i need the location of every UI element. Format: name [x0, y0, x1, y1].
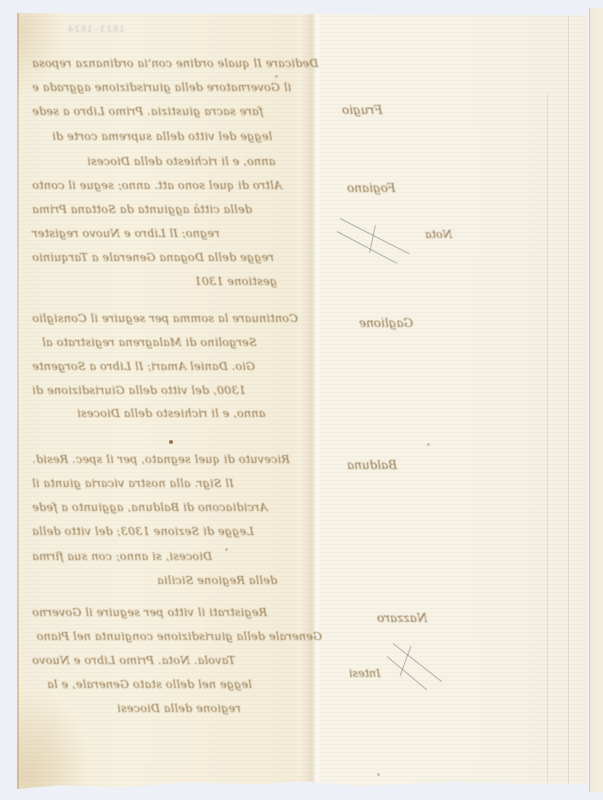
margin-label-fogiano: Fogiano — [347, 181, 396, 195]
foxing-spot — [169, 440, 173, 444]
entry-5-line-3: Tavola. Nota. Primo Libro e Nuovo — [32, 654, 322, 667]
entry-3-line-2: Sergolino di Malagrena registrato al — [42, 336, 322, 349]
entry-1-line-3: fare sacra giustizia. Primo Libro a sede — [32, 105, 322, 118]
entry-2-line-1: Altro di quel sono att. anno; segue il c… — [32, 179, 322, 192]
entry-5-line-2: Generale della giurisdizione congiunta n… — [42, 630, 322, 643]
adjacent-page-strip — [589, 8, 603, 792]
paper-crease — [547, 93, 548, 783]
entry-4-line-1: Ricevuto di quel segnato, per il spec. R… — [32, 453, 322, 466]
manuscript-page: 1823-1824 Dedicare Il quale ordine con'i… — [17, 13, 587, 789]
entry-2-line-5: gestione 1301 — [197, 275, 277, 288]
entry-4-line-4: Legge di Sezione 1303; del vitto della — [32, 525, 322, 538]
registry-stamp: 1823-1824 — [67, 25, 125, 35]
entry-3-line-1: Continuare la somma per seguire il Consi… — [32, 312, 322, 325]
foxing-spot — [377, 773, 380, 776]
entry-5-line-4: legge nel dello stato Generale, e la — [47, 678, 322, 691]
entry-3-line-4: 1300, del vitto della Giurisdizione di — [32, 384, 322, 397]
margin-label-nota: Nota — [425, 228, 452, 241]
entry-1-line-2: il Governatore della giurisdizione aggra… — [32, 81, 322, 94]
entry-2-line-2: della città aggiunta da Sottana Prima — [32, 203, 322, 216]
entry-4-line-6: della Regione Sicilia — [157, 574, 322, 587]
margin-label-frugio: Frugio — [342, 103, 383, 117]
entry-3-line-5: anno, e li richiesto della Diocesi — [77, 407, 322, 420]
paper-edge-stain — [17, 13, 19, 789]
entry-1-line-4: legge del vitto della suprema corte di — [52, 130, 322, 143]
entry-5-line-5: regione della Diocesi — [117, 702, 322, 715]
entry-2-line-3: regno; Il Libro e Nuovo register — [32, 227, 322, 240]
entry-3-line-3: Gio. Daniel Amari; Il Libro a Sorgente — [32, 360, 322, 373]
margin-label-balduna: Balduna — [347, 458, 397, 472]
foxing-spot — [427, 443, 430, 446]
margin-label-nazzaro: Nazzaro — [377, 611, 427, 625]
entry-4-line-5: Diocesi, si anno; con sua firma — [32, 550, 322, 563]
entry-4-line-3: Arcidiacono di Balduna, aggiunto a fede — [32, 501, 322, 514]
paper-seam — [568, 13, 570, 789]
entry-2-line-4: regge della Dogana Generale a Tarquinio — [32, 251, 322, 264]
entry-1-line-5: anno, e li richiesto della Diocesi — [87, 155, 322, 168]
entry-5-line-1: Registrati il vitto per seguire il Gover… — [32, 606, 322, 619]
foxing-spot — [307, 783, 310, 786]
margin-label-gaglione: Gaglione — [359, 316, 413, 330]
margin-label-intesi: Intesi — [349, 667, 381, 680]
entry-4-line-2: Il Sigr. alla nostra vicaria giunta il — [32, 477, 322, 490]
entry-1-line-1: Dedicare Il quale ordine con'ia ordinanz… — [32, 57, 322, 70]
foxing-spot — [275, 75, 278, 78]
